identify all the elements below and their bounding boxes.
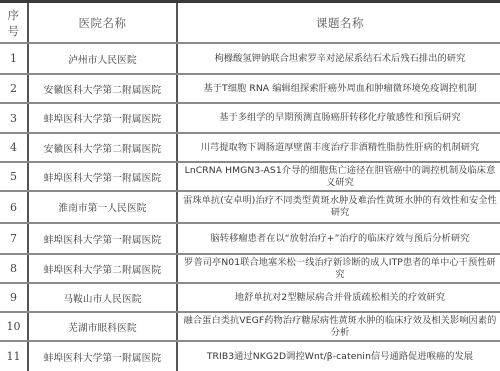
row-number: 8	[0, 254, 28, 283]
topic-name: 地舒单抗对2型糖尿病合并骨质疏松相关的疗效研究	[177, 283, 500, 312]
row-number: 7	[0, 223, 28, 254]
row-number: 5	[0, 162, 28, 191]
hospital-name: 蚌埠医科大学第二附属医院	[28, 254, 177, 283]
topic-name: 融合蛋白类抗VEGF药物治疗糖尿病性黄斑水肿的临床疗效及相关影响因素的分析	[177, 312, 500, 341]
hospital-name: 芜湖市眼科医院	[28, 312, 177, 341]
hospital-name: 淮南市第一人民医院	[28, 191, 177, 223]
table-row: 9 马鞍山市人民医院 地舒单抗对2型糖尿病合并骨质疏松相关的疗效研究	[0, 283, 500, 312]
table-row: 10 芜湖市眼科医院 融合蛋白类抗VEGF药物治疗糖尿病性黄斑水肿的临床疗效及相…	[0, 312, 500, 341]
hospital-name: 蚌埠医科大学第一附属医院	[28, 223, 177, 254]
table-row: 7 蚌埠医科大学第一附属医院 脑转移瘤患者在以“放射治疗+”治疗的临床疗效与预后…	[0, 223, 500, 254]
topic-name: 基于多组学的早期预测直肠癌肝转移化疗敏感性和预后研究	[177, 103, 500, 133]
header-hospital-name: 医院名称	[28, 2, 177, 44]
table-row: 6 淮南市第一人民医院 雷珠单抗(安卓明)治疗不同类型黄斑水肿及难治性黄斑水肿的…	[0, 191, 500, 223]
row-number: 4	[0, 133, 28, 162]
topic-name: 雷珠单抗(安卓明)治疗不同类型黄斑水肿及难治性黄斑水肿的有效性和安全性研究	[177, 191, 500, 223]
hospital-name: 安徽医科大学第二附属医院	[28, 133, 177, 162]
hospital-name: 安徽医科大学第二附属医院	[28, 74, 177, 103]
row-number: 2	[0, 74, 28, 103]
row-number: 11	[0, 341, 28, 371]
row-number: 1	[0, 43, 28, 74]
topic-name: 罗普司亭N01联合地塞米松一线治疗新诊断的成人ITP患者的单中心干预性研究	[177, 254, 500, 283]
table-row: 1 泸州市人民医院 枸橼酸氢钾钠联合坦索罗辛对泌尿系结石术后残石排出的研究	[0, 43, 500, 74]
topic-name: LnCRNA HMGN3-AS1介导的细胞焦亡途径在胆管癌中的调控机制及临床意义…	[177, 162, 500, 191]
hospital-name: 蚌埠医科大学第一附属医院	[28, 341, 177, 371]
hospital-name: 马鞍山市人民医院	[28, 283, 177, 312]
topic-name: TRIB3通过NKG2D调控Wnt/β-catenin信号通路促进喉癌的发展	[177, 341, 500, 371]
table-row: 11 蚌埠医科大学第一附属医院 TRIB3通过NKG2D调控Wnt/β-cate…	[0, 341, 500, 371]
row-number: 3	[0, 103, 28, 133]
header-row: 序号 医院名称 课题名称	[0, 2, 500, 44]
header-topic-name: 课题名称	[177, 2, 500, 44]
topic-name: 基于T细胞 RNA 编辑组探索肝癌外周血和肿瘤微环境免疫调控机制	[177, 74, 500, 103]
topic-name: 脑转移瘤患者在以“放射治疗+”治疗的临床疗效与预后分析研究	[177, 223, 500, 254]
table-row: 2 安徽医科大学第二附属医院 基于T细胞 RNA 编辑组探索肝癌外周血和肿瘤微环…	[0, 74, 500, 103]
research-topics-table: 序号 医院名称 课题名称 1 泸州市人民医院 枸橼酸氢钾钠联合坦索罗辛对泌尿系结…	[0, 0, 500, 371]
table-row: 8 蚌埠医科大学第二附属医院 罗普司亭N01联合地塞米松一线治疗新诊断的成人IT…	[0, 254, 500, 283]
table-row: 5 蚌埠医科大学第一附属医院 LnCRNA HMGN3-AS1介导的细胞焦亡途径…	[0, 162, 500, 191]
row-number: 10	[0, 312, 28, 341]
topic-name: 枸橼酸氢钾钠联合坦索罗辛对泌尿系结石术后残石排出的研究	[177, 43, 500, 74]
hospital-name: 蚌埠医科大学第一附属医院	[28, 162, 177, 191]
topic-name: 川芎提取物下调肠道厚壁菌丰度治疗非酒精性脂肪性肝病的机制研究	[177, 133, 500, 162]
table-row: 4 安徽医科大学第二附属医院 川芎提取物下调肠道厚壁菌丰度治疗非酒精性脂肪性肝病…	[0, 133, 500, 162]
header-serial-number: 序号	[0, 2, 28, 44]
row-number: 6	[0, 191, 28, 223]
hospital-name: 泸州市人民医院	[28, 43, 177, 74]
hospital-name: 蚌埠医科大学第一附属医院	[28, 103, 177, 133]
row-number: 9	[0, 283, 28, 312]
table-row: 3 蚌埠医科大学第一附属医院 基于多组学的早期预测直肠癌肝转移化疗敏感性和预后研…	[0, 103, 500, 133]
